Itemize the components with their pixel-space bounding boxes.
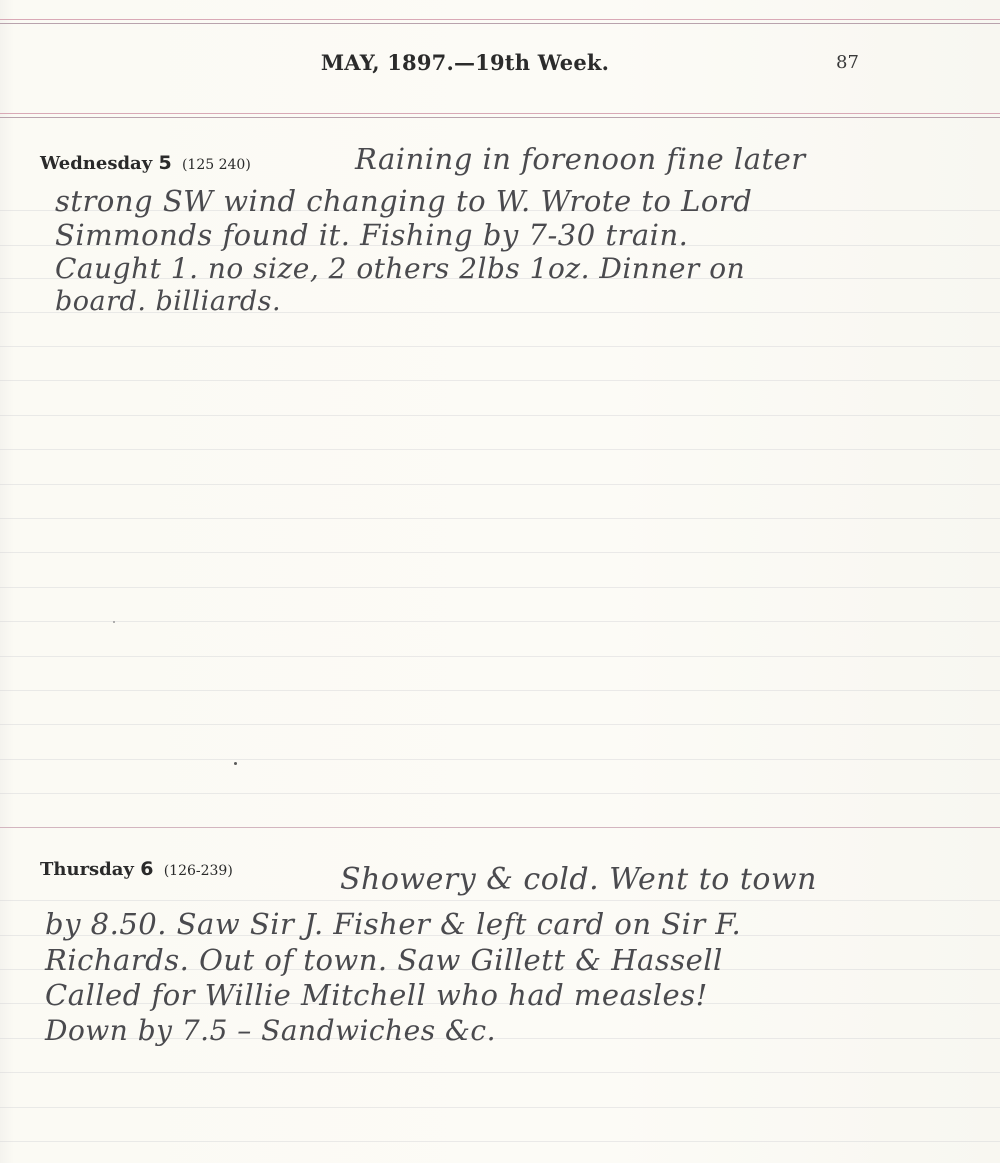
ruled-line: [0, 621, 1000, 622]
handwritten-line: Showery & cold. Went to town: [340, 862, 817, 897]
day-heading-thursday: Thursday 6 (126-239): [40, 858, 233, 880]
handwritten-line: Called for Willie Mitchell who had measl…: [45, 978, 708, 1012]
day-heading-wednesday: Wednesday 5 (125 240): [40, 152, 251, 174]
paper-speck: [113, 621, 115, 623]
ruled-line: [0, 1072, 1000, 1073]
day-of-year: (125 240): [182, 157, 251, 173]
handwritten-line: Simmonds found it. Fishing by 7-30 train…: [55, 218, 688, 252]
header-bottom-rule: [0, 113, 1000, 114]
handwritten-line: Down by 7.5 – Sandwiches &c.: [45, 1014, 496, 1047]
ruled-line: [0, 518, 1000, 519]
diary-page: MAY, 1897.—19th Week. 87 Wednesday 5 (12…: [0, 0, 1000, 1163]
header-top-rule: [0, 19, 1000, 20]
day-date: 5: [158, 152, 171, 174]
ruled-line: [0, 346, 1000, 347]
header-top-rule: [0, 23, 1000, 24]
ruled-line: [0, 449, 1000, 450]
ruled-line: [0, 793, 1000, 794]
handwritten-line: Caught 1. no size, 2 others 2lbs 1oz. Di…: [55, 252, 745, 285]
handwritten-line: by 8.50. Saw Sir J. Fisher & left card o…: [45, 907, 741, 941]
ruled-line: [0, 552, 1000, 553]
ruled-line: [0, 759, 1000, 760]
page-number: 87: [836, 52, 859, 73]
day-name: Thursday: [40, 859, 134, 880]
day-of-year: (126-239): [164, 863, 233, 879]
ruled-line: [0, 415, 1000, 416]
handwritten-line: Richards. Out of town. Saw Gillett & Has…: [45, 943, 723, 977]
ruled-line: [0, 656, 1000, 657]
day-date: 6: [140, 858, 153, 880]
header-bottom-rule: [0, 117, 1000, 118]
day-name: Wednesday: [40, 153, 152, 174]
ruled-line: [0, 724, 1000, 725]
day-divider: [0, 827, 1000, 828]
ruled-line: [0, 484, 1000, 485]
handwritten-line: board. billiards.: [55, 286, 281, 317]
ruled-line: [0, 587, 1000, 588]
ruled-line: [0, 1141, 1000, 1142]
handwritten-line: strong SW wind changing to W. Wrote to L…: [55, 184, 752, 218]
page-title: MAY, 1897.—19th Week.: [0, 50, 930, 75]
paper-speck: [234, 762, 237, 765]
ruled-line: [0, 900, 1000, 901]
ruled-line: [0, 380, 1000, 381]
ruled-line: [0, 690, 1000, 691]
ruled-line: [0, 1107, 1000, 1108]
handwritten-line: Raining in forenoon fine later: [355, 142, 806, 176]
